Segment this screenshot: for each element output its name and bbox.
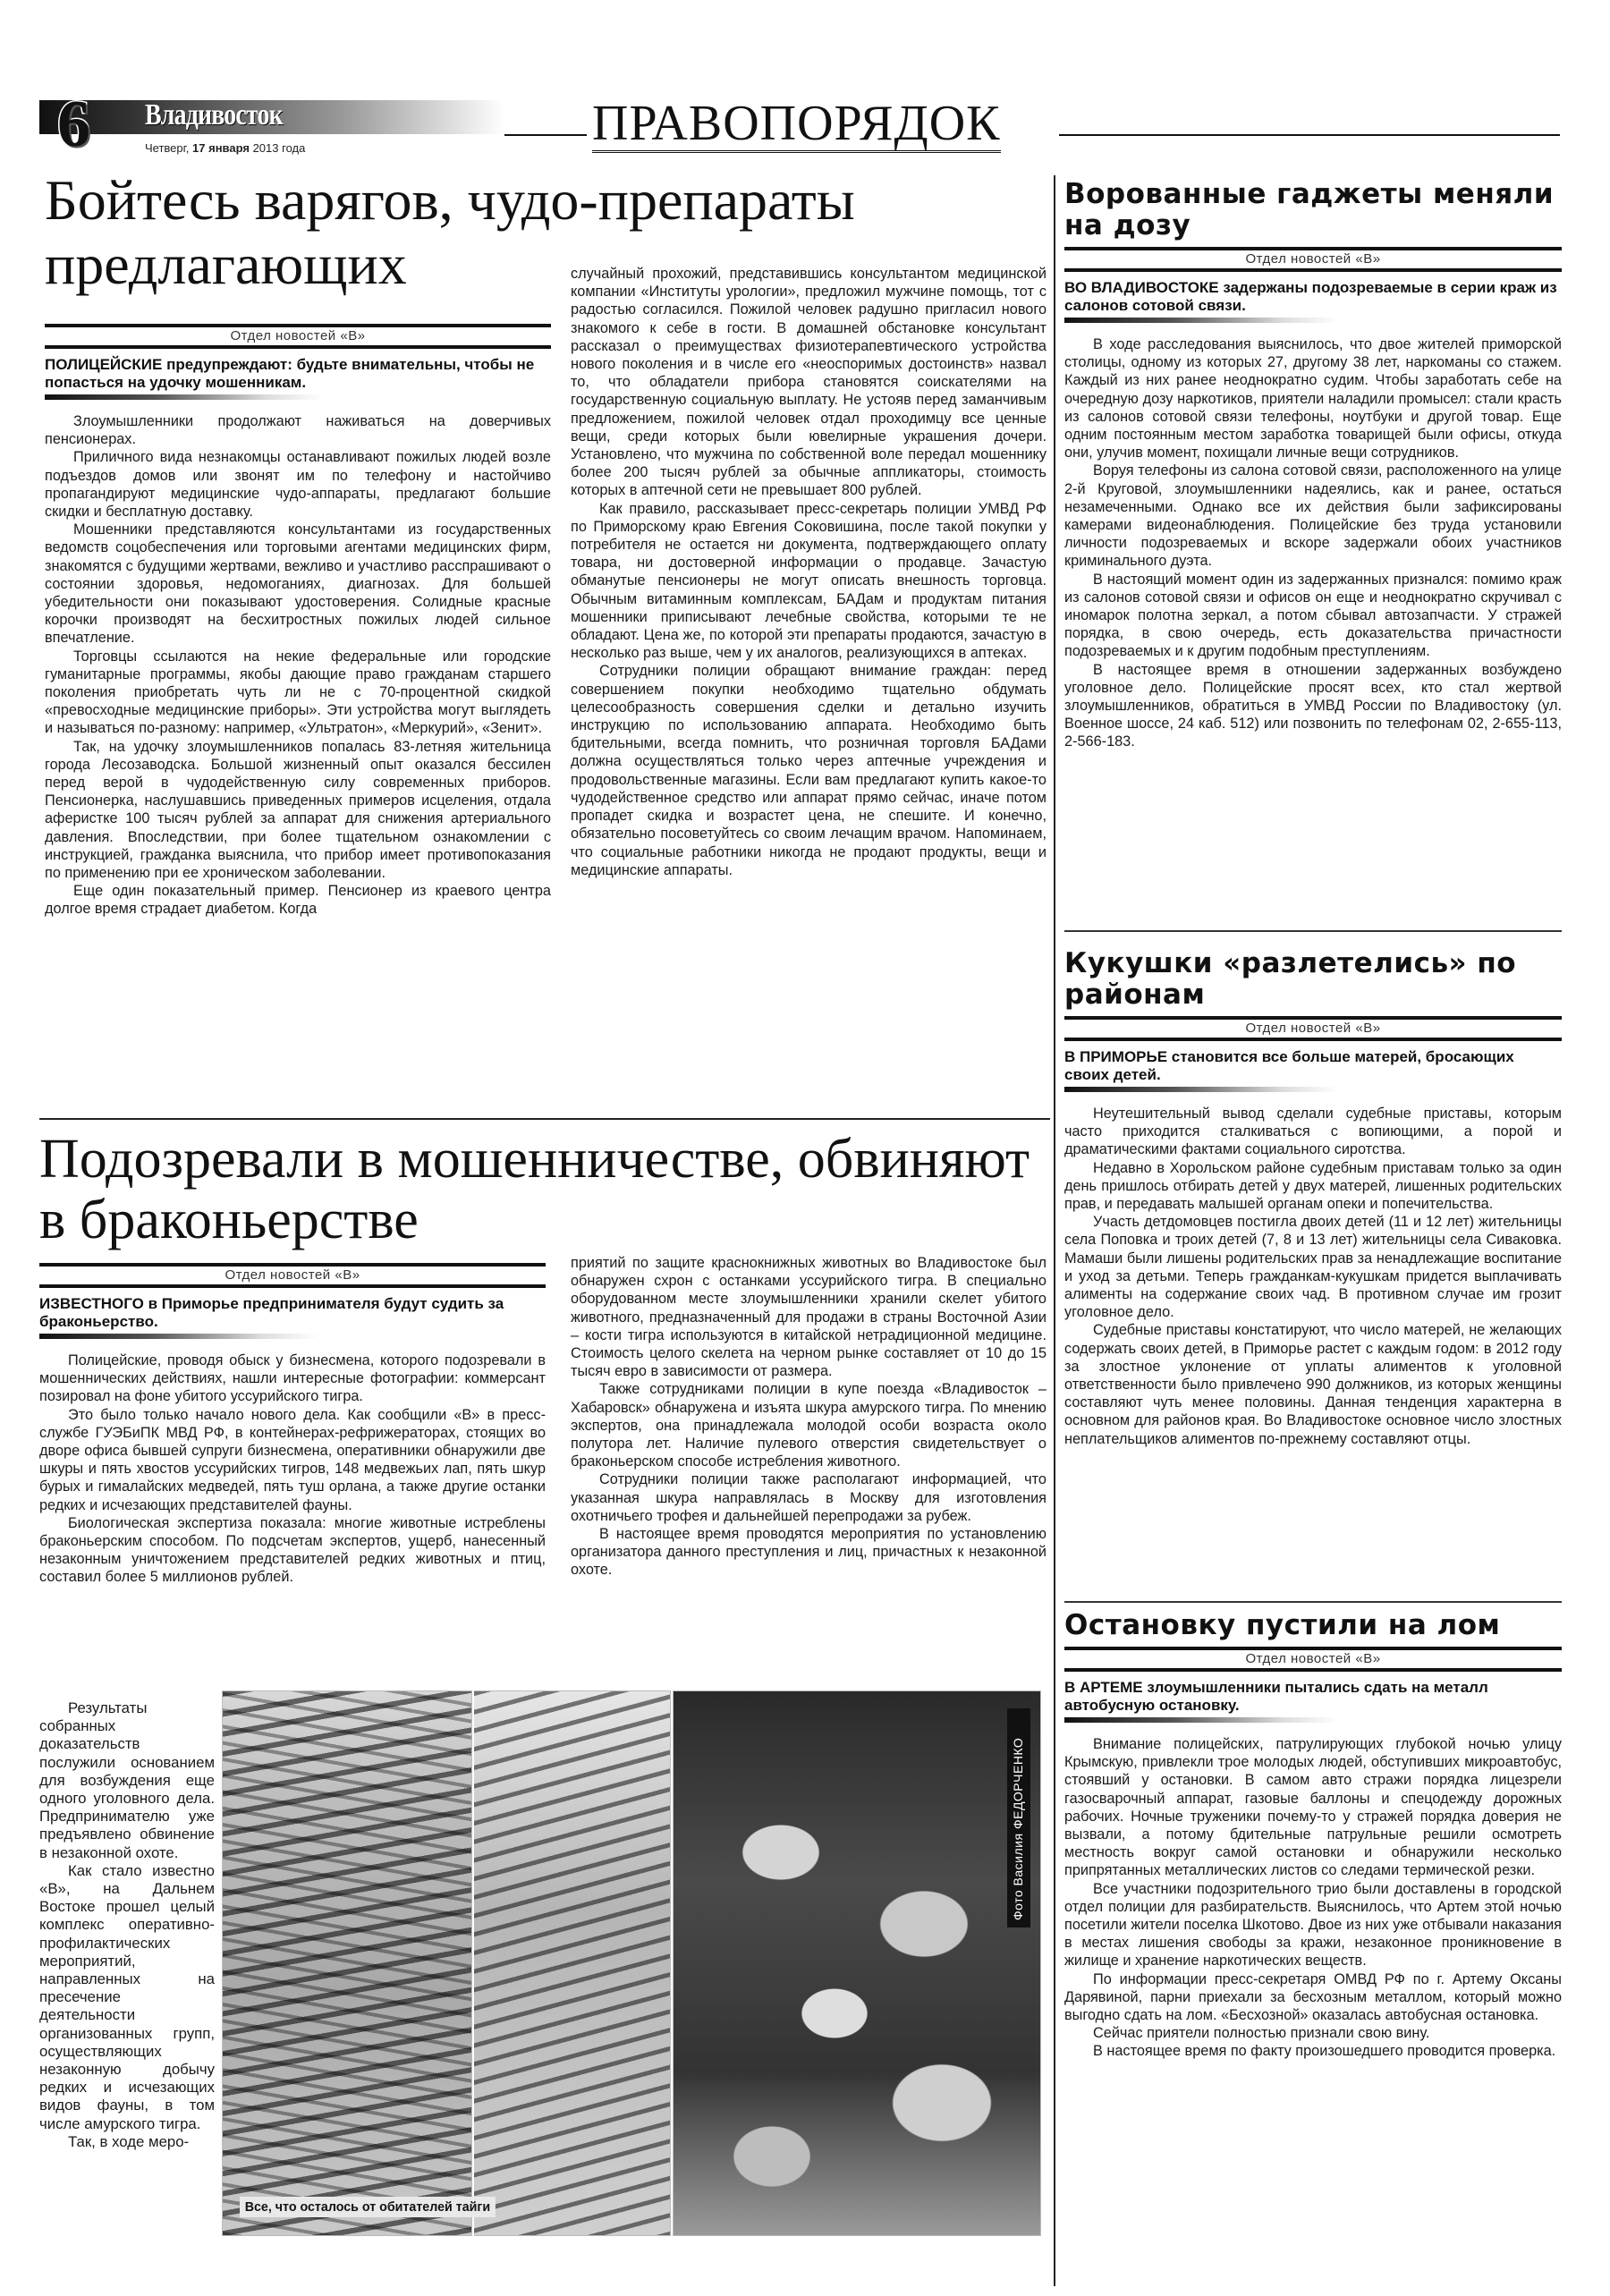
photo-credit: Фото Василия ФЕДОРЧЕНКО bbox=[1007, 1708, 1029, 1927]
story1-byline: Отдел новостей «В» bbox=[1064, 247, 1562, 272]
paragraph: В настоящий момент один из задержанных п… bbox=[1064, 571, 1562, 661]
issue-day-month: 17 января bbox=[192, 141, 250, 155]
story3-lead: В АРТЕМЕ злоумышленники пытались сдать н… bbox=[1064, 1679, 1562, 1715]
article2-headline: Подозревали в мошенничестве, обвиняют в … bbox=[39, 1129, 1050, 1250]
sidebar-divider bbox=[1064, 930, 1562, 932]
paragraph: Воруя телефоны из салона сотовой связи, … bbox=[1064, 462, 1562, 570]
paragraph: Биологическая экспертиза показала: многи… bbox=[39, 1514, 546, 1587]
paragraph: По информации пресс-секретаря ОМВД РФ по… bbox=[1064, 1970, 1562, 2025]
paragraph: Внимание полицейских, патрулирующих глуб… bbox=[1064, 1735, 1562, 1880]
paragraph: Это было только начало нового дела. Как … bbox=[39, 1406, 546, 1514]
paragraph: Как стало известно «В», на Дальнем Восто… bbox=[39, 1862, 215, 2133]
paragraph: Участь детдомовцев постигла двоих детей … bbox=[1064, 1213, 1562, 1321]
paragraph: приятий по защите краснокнижных животных… bbox=[571, 1254, 1046, 1380]
column-rule bbox=[1054, 175, 1055, 2286]
masthead-rule-left bbox=[504, 134, 587, 136]
article2-column-2: приятий по защите краснокнижных животных… bbox=[571, 1254, 1046, 1580]
paragraph: В ходе расследования выяснилось, что дво… bbox=[1064, 335, 1562, 462]
article2-column-1-narrow: Результаты собранных доказательств послу… bbox=[39, 1699, 215, 2151]
story1-lead-bar bbox=[1064, 318, 1338, 323]
story2-body: Неутешительный вывод сделали судебные пр… bbox=[1064, 1105, 1562, 1448]
sidebar-story-1: Ворованные гаджеты меняли на дозу Отдел … bbox=[1064, 179, 1562, 751]
story2-headline: Кукушки «разлетелись» по районам bbox=[1064, 948, 1562, 1011]
paragraph: Так, в ходе меро- bbox=[39, 2133, 215, 2151]
article1-byline: Отдел новостей «В» bbox=[45, 324, 551, 349]
story1-headline: Ворованные гаджеты меняли на дозу bbox=[1064, 179, 1562, 241]
sidebar-divider bbox=[1064, 1601, 1562, 1603]
paragraph: Также сотрудниками полиции в купе поезда… bbox=[571, 1380, 1046, 1470]
paragraph: Торговцы ссылаются на некие федеральные … bbox=[45, 648, 551, 738]
article2-byline: Отдел новостей «В» bbox=[39, 1263, 546, 1288]
paragraph: Сотрудники полиции обращают внимание гра… bbox=[571, 662, 1046, 878]
story3-body: Внимание полицейских, патрулирующих глуб… bbox=[1064, 1735, 1562, 2061]
story3-headline: Остановку пустили на лом bbox=[1064, 1610, 1562, 1641]
tiger-skin-photo-right bbox=[474, 1690, 671, 2236]
article1-lead-bar bbox=[45, 394, 323, 400]
paragraph: Результаты собранных доказательств послу… bbox=[39, 1699, 215, 1862]
story2-byline: Отдел новостей «В» bbox=[1064, 1016, 1562, 1041]
story1-lead: ВО ВЛАДИВОСТОКЕ задержаны подозреваемые … bbox=[1064, 279, 1562, 315]
story1-body: В ходе расследования выяснилось, что дво… bbox=[1064, 335, 1562, 751]
story2-lead-bar bbox=[1064, 1087, 1338, 1092]
story2-lead: В ПРИМОРЬЕ становится все больше матерей… bbox=[1064, 1048, 1562, 1084]
article1-column-2: случайный прохожий, представившись консу… bbox=[571, 265, 1046, 879]
paragraph: Неутешительный вывод сделали судебные пр… bbox=[1064, 1105, 1562, 1159]
issue-date: Четверг, 17 января 2013 года bbox=[145, 141, 305, 155]
section-title: ПРАВОПОРЯДОК bbox=[592, 97, 1001, 153]
tiger-bones-photo bbox=[673, 1690, 1041, 2236]
sidebar-story-3: Остановку пустили на лом Отдел новостей … bbox=[1064, 1610, 1562, 2061]
issue-weekday: Четверг, bbox=[145, 141, 189, 155]
masthead-rule-right bbox=[1059, 134, 1560, 136]
article2-lead-bar bbox=[39, 1334, 318, 1339]
paragraph: случайный прохожий, представившись консу… bbox=[571, 265, 1046, 500]
masthead: 6 Владивосток Четверг, 17 января 2013 го… bbox=[39, 97, 1560, 168]
paragraph: Мошенники представляются консультантами … bbox=[45, 521, 551, 647]
tiger-skin-photo bbox=[222, 1690, 472, 2236]
paragraph: Судебные приставы констатируют, что числ… bbox=[1064, 1321, 1562, 1447]
article1-column-1: Отдел новостей «В» ПОЛИЦЕЙСКИЕ предупреж… bbox=[45, 324, 551, 919]
article1-body-col1: Злоумышленники продолжают наживаться на … bbox=[45, 412, 551, 919]
article2-body-col1: Полицейские, проводя обыск у бизнесмена,… bbox=[39, 1351, 546, 1587]
page-number: 6 bbox=[57, 91, 90, 157]
issue-year: 2013 года bbox=[253, 141, 306, 155]
paragraph: В настоящее время в отношении задержанны… bbox=[1064, 661, 1562, 751]
paragraph: Сейчас приятели полностью признали свою … bbox=[1064, 2024, 1562, 2042]
sidebar-story-2: Кукушки «разлетелись» по районам Отдел н… bbox=[1064, 948, 1562, 1448]
paragraph: Полицейские, проводя обыск у бизнесмена,… bbox=[39, 1351, 546, 1406]
article2-column-1: Отдел новостей «В» ИЗВЕСТНОГО в Приморье… bbox=[39, 1263, 546, 1587]
paragraph: Приличного вида незнакомцы останавливают… bbox=[45, 448, 551, 521]
newspaper-logo: Владивосток bbox=[145, 98, 283, 132]
paragraph: В настоящее время по факту произошедшего… bbox=[1064, 2042, 1562, 2060]
paragraph: Как правило, рассказывает пресс-секретар… bbox=[571, 500, 1046, 663]
photo-caption: Все, что осталось от обитателей тайги bbox=[240, 2197, 496, 2217]
paragraph: Все участники подозрительного трио были … bbox=[1064, 1880, 1562, 1970]
paragraph: Злоумышленники продолжают наживаться на … bbox=[45, 412, 551, 448]
paragraph: Недавно в Хорольском районе судебным при… bbox=[1064, 1159, 1562, 1214]
article-divider bbox=[39, 1118, 1050, 1120]
paragraph: Еще один показательный пример. Пенсионер… bbox=[45, 882, 551, 918]
paragraph: Сотрудники полиции также располагают инф… bbox=[571, 1470, 1046, 1525]
story3-lead-bar bbox=[1064, 1717, 1338, 1723]
paragraph: Так, на удочку злоумышленников попалась … bbox=[45, 738, 551, 883]
story3-byline: Отдел новостей «В» bbox=[1064, 1647, 1562, 1672]
article1-lead: ПОЛИЦЕЙСКИЕ предупреждают: будьте внимат… bbox=[45, 356, 551, 392]
article2-lead: ИЗВЕСТНОГО в Приморье предпринимателя бу… bbox=[39, 1295, 546, 1331]
article2-body-narrow: Результаты собранных доказательств послу… bbox=[39, 1699, 215, 2151]
paragraph: В настоящее время проводятся мероприятия… bbox=[571, 1525, 1046, 1580]
